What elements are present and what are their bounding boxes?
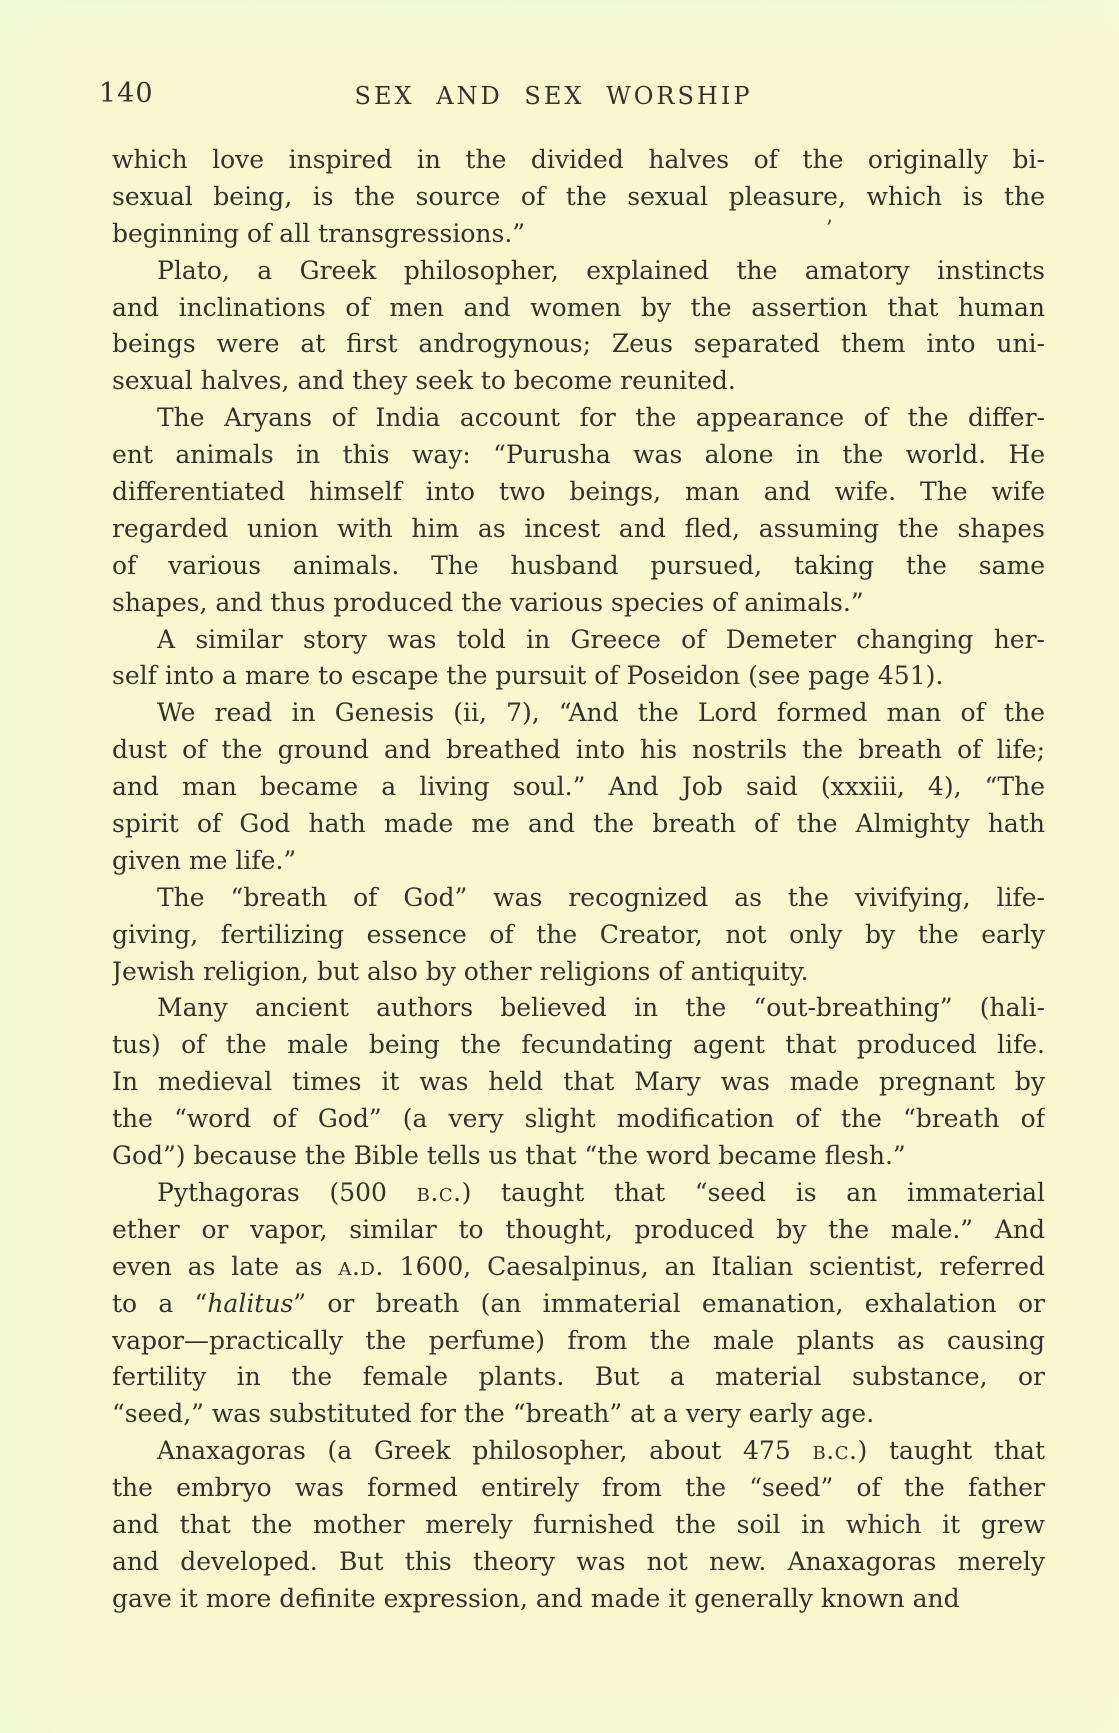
text-segment: Plato, a Greek philosopher, explained th…: [157, 256, 1045, 285]
body-text-block: which love inspired in the divided halve…: [112, 142, 1045, 1618]
text-segment: The “breath of God” was recognized as th…: [157, 883, 1045, 912]
text-line: ether or vapor, similar to thought, prod…: [112, 1212, 1045, 1249]
text-line: God”) because the Bible tells us that “t…: [112, 1138, 1045, 1175]
text-segment: and that the mother merely furnished the…: [112, 1510, 1045, 1539]
text-line: and inclinations of men and women by the…: [112, 290, 1045, 327]
text-segment: Pythagoras (500: [157, 1178, 417, 1207]
text-segment: self into a mare to escape the pursuit o…: [112, 661, 943, 690]
text-segment: A similar story was told in Greece of De…: [157, 625, 1045, 654]
text-line: Plato, a Greek philosopher, explained th…: [112, 253, 1045, 290]
text-line: In medieval times it was held that Mary …: [112, 1064, 1045, 1101]
text-line: sexual halves, and they seek to become r…: [112, 363, 1045, 400]
text-line: shapes, and thus produced the various sp…: [112, 585, 1045, 622]
text-line: the “word of God” (a very slight modific…: [112, 1101, 1045, 1138]
text-segment: ether or vapor, similar to thought, prod…: [112, 1215, 1045, 1244]
text-line: sexual being, is the source of the sexua…: [112, 179, 1045, 216]
text-segment: shapes, and thus produced the various sp…: [112, 588, 864, 617]
text-line: “seed,” was substituted for the “breath”…: [112, 1396, 1045, 1433]
text-line: spirit of God hath made me and the breat…: [112, 806, 1045, 843]
text-segment: God”) because the Bible tells us that “t…: [112, 1141, 906, 1170]
text-segment: given me life.”: [112, 846, 296, 875]
text-line: and man became a living soul.” And Job s…: [112, 769, 1045, 806]
text-line: The “breath of God” was recognized as th…: [112, 880, 1045, 917]
text-line: even as late as a.d. 1600, Caesalpinus, …: [112, 1249, 1045, 1286]
text-line: which love inspired in the divided halve…: [112, 142, 1045, 179]
text-segment: the embryo was formed entirely from the …: [112, 1473, 1045, 1502]
text-line: A similar story was told in Greece of De…: [112, 622, 1045, 659]
text-segment: regarded union with him as incest and fl…: [112, 514, 1045, 543]
text-segment: sexual halves, and they seek to become r…: [112, 366, 736, 395]
italic-text: halitus: [207, 1289, 293, 1318]
text-line: gave it more definite expression, and ma…: [112, 1581, 1045, 1618]
text-segment: 1600, Caesalpinus, an Italian scientist,…: [384, 1252, 1045, 1281]
text-line: to a “halitus” or breath (an immaterial …: [112, 1286, 1045, 1323]
text-segment: fertility in the female plants. But a ma…: [112, 1362, 1045, 1391]
running-title: SEX AND SEX WORSHIP: [0, 82, 1107, 110]
text-line: Pythagoras (500 b.c.) taught that “seed …: [112, 1175, 1045, 1212]
text-line: dust of the ground and breathed into his…: [112, 732, 1045, 769]
text-segment: ) taught that: [857, 1436, 1045, 1465]
text-line: regarded union with him as incest and fl…: [112, 511, 1045, 548]
text-line: of various animals. The husband pursued,…: [112, 548, 1045, 585]
text-line: self into a mare to escape the pursuit o…: [112, 658, 1045, 695]
text-segment: ” or breath (an immaterial emanation, ex…: [293, 1289, 1045, 1318]
text-segment: and developed. But this theory was not n…: [112, 1547, 1045, 1576]
text-segment: ) taught that “seed is an immaterial: [462, 1178, 1045, 1207]
smallcaps-text: b.c.: [813, 1436, 858, 1465]
text-segment: tus) of the male being the fecundating a…: [112, 1030, 1045, 1059]
text-line: We read in Genesis (ii, 7), “And the Lor…: [112, 695, 1045, 732]
text-line: fertility in the female plants. But a ma…: [112, 1359, 1045, 1396]
text-line: Many ancient authors believed in the “ou…: [112, 990, 1045, 1027]
text-line: the embryo was formed entirely from the …: [112, 1470, 1045, 1507]
text-segment: and man became a living soul.” And Job s…: [112, 772, 1045, 801]
text-line: Jewish religion, but also by other relig…: [112, 954, 1045, 991]
text-segment: vapor—practically the perfume) from the …: [112, 1326, 1045, 1355]
text-segment: gave it more definite expression, and ma…: [112, 1584, 960, 1613]
text-segment: spirit of God hath made me and the breat…: [112, 809, 1045, 838]
smallcaps-text: b.c.: [417, 1178, 462, 1207]
text-segment: Anaxagoras (a Greek philosopher, about 4…: [157, 1436, 813, 1465]
text-segment: of various animals. The husband pursued,…: [112, 551, 1045, 580]
text-line: beginning of all transgressions.”’: [112, 216, 1045, 253]
text-line: Anaxagoras (a Greek philosopher, about 4…: [112, 1433, 1045, 1470]
text-segment: The Aryans of India account for the appe…: [157, 403, 1045, 432]
text-segment: even as late as: [112, 1252, 338, 1281]
text-line: differentiated himself into two beings, …: [112, 474, 1045, 511]
text-line: giving, fertilizing essence of the Creat…: [112, 917, 1045, 954]
text-segment: giving, fertilizing essence of the Creat…: [112, 920, 1045, 949]
text-segment: Jewish religion, but also by other relig…: [112, 957, 809, 986]
text-line: The Aryans of India account for the appe…: [112, 400, 1045, 437]
text-line: and that the mother merely furnished the…: [112, 1507, 1045, 1544]
text-segment: beginning of all transgressions.”: [112, 219, 525, 248]
text-segment: which love inspired in the divided halve…: [112, 145, 1045, 174]
text-segment: differentiated himself into two beings, …: [112, 477, 1045, 506]
text-segment: sexual being, is the source of the sexua…: [112, 182, 1045, 211]
text-segment: “seed,” was substituted for the “breath”…: [112, 1399, 874, 1428]
text-segment: beings were at first androgynous; Zeus s…: [112, 329, 1045, 358]
text-line: beings were at first androgynous; Zeus s…: [112, 326, 1045, 363]
text-segment: We read in Genesis (ii, 7), “And the Lor…: [157, 698, 1045, 727]
text-line: vapor—practically the perfume) from the …: [112, 1323, 1045, 1360]
text-segment: In medieval times it was held that Mary …: [112, 1067, 1045, 1096]
text-segment: to a “: [112, 1289, 207, 1318]
text-line: and developed. But this theory was not n…: [112, 1544, 1045, 1581]
text-segment: the “word of God” (a very slight modific…: [112, 1104, 1045, 1133]
text-segment: dust of the ground and breathed into his…: [112, 735, 1045, 764]
text-segment: and inclinations of men and women by the…: [112, 293, 1045, 322]
text-line: tus) of the male being the fecundating a…: [112, 1027, 1045, 1064]
stray-print-mark: ’: [826, 216, 833, 249]
text-line: given me life.”: [112, 843, 1045, 880]
book-page: { "page": { "number": "140", "running_ti…: [0, 0, 1119, 1733]
text-segment: Many ancient authors believed in the “ou…: [157, 993, 1045, 1022]
text-line: ent animals in this way: “Purusha was al…: [112, 437, 1045, 474]
smallcaps-text: a.d.: [338, 1252, 383, 1281]
text-segment: ent animals in this way: “Purusha was al…: [112, 440, 1045, 469]
